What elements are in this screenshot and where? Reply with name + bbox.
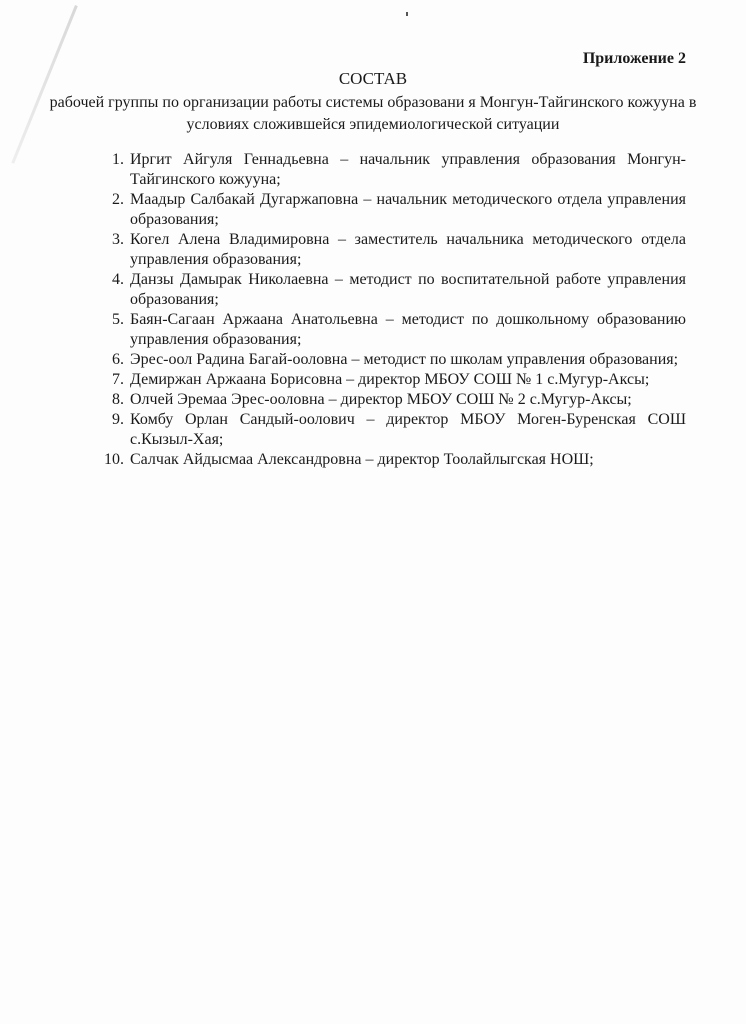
list-item: 6.Эрес-оол Радина Багай-ооловна – методи… bbox=[100, 350, 686, 370]
list-item: 2.Маадыр Салбакай Дугаржаповна – начальн… bbox=[100, 190, 686, 230]
members-list: 1.Иргит Айгуля Геннадьевна – начальник у… bbox=[100, 150, 686, 470]
list-item: 4.Данзы Дамырак Николаевна – методист по… bbox=[100, 270, 686, 310]
list-item: 8.Олчей Эремаа Эрес-ооловна – директор М… bbox=[100, 390, 686, 410]
list-item: 9.Комбу Орлан Сандый-оолович – директор … bbox=[100, 410, 686, 450]
scan-speck bbox=[406, 12, 408, 16]
appendix-label: Приложение 2 bbox=[583, 50, 686, 68]
list-item: 10.Салчак Айдысмаа Александровна – дирек… bbox=[100, 450, 686, 470]
list-item: 7.Демиржан Аржаана Борисовна – директор … bbox=[100, 370, 686, 390]
document-title: СОСТАВ bbox=[0, 69, 746, 89]
list-item: 5.Баян-Сагаан Аржаана Анатольевна – мето… bbox=[100, 310, 686, 350]
document-subtitle: рабочей группы по организации работы сис… bbox=[40, 92, 706, 136]
list-item: 1.Иргит Айгуля Геннадьевна – начальник у… bbox=[100, 150, 686, 190]
list-item: 3.Когел Алена Владимировна – заместитель… bbox=[100, 230, 686, 270]
